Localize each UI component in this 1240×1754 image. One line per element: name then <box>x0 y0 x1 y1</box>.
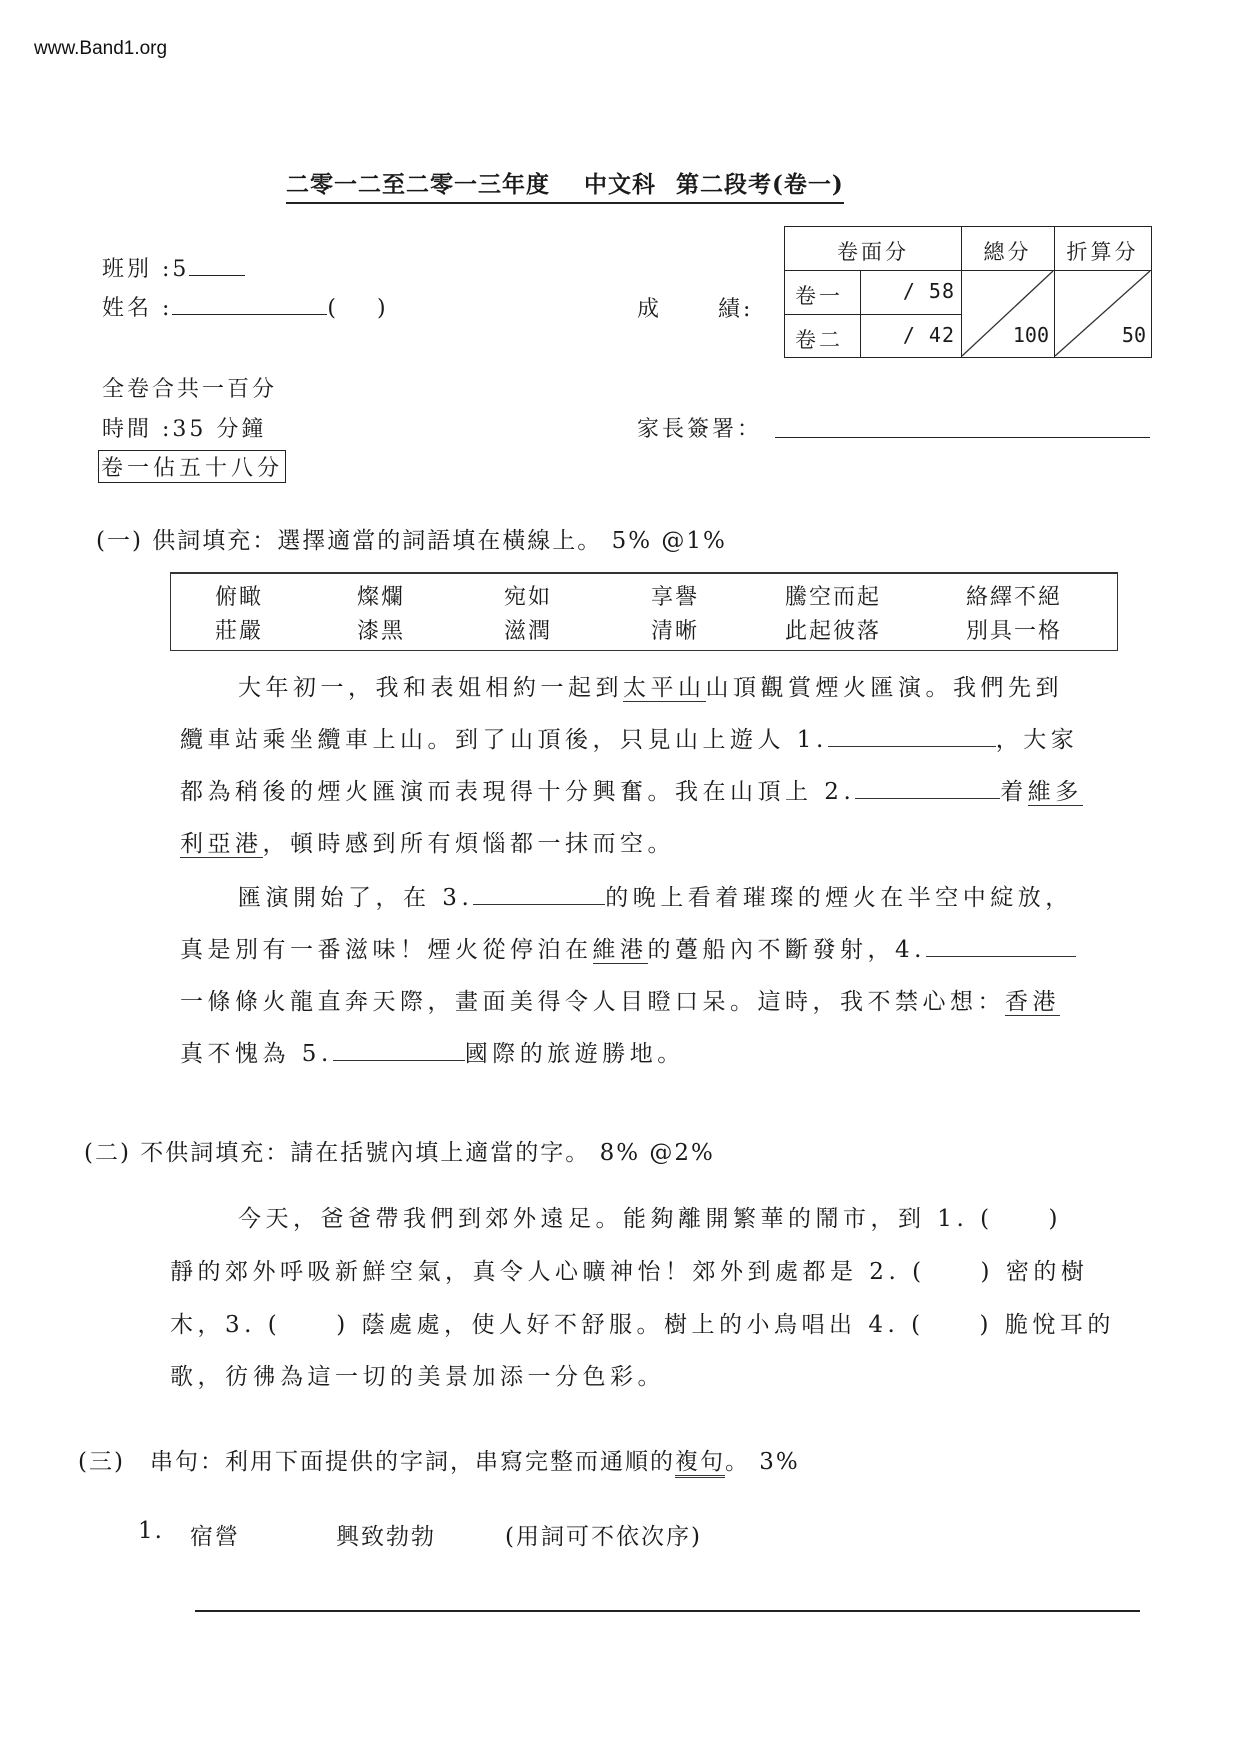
text: 着 <box>1000 779 1028 805</box>
section2-heading: (二) 不供詞填充：請在括號內填上適當的字。 8% @2% <box>84 1134 715 1167</box>
passage2-line1: 匯演開始了，在 3.的晚上看着璀璨的煙火在半空中綻放， <box>238 879 1073 912</box>
class-value: 5 <box>172 257 189 282</box>
class-field[interactable] <box>189 253 245 276</box>
text: ，大家 <box>996 727 1079 753</box>
score-label-b: 績: <box>718 292 753 323</box>
word-bank-item: 此起彼落 <box>785 614 881 645</box>
given-word-2: 興致勃勃 <box>336 1518 436 1551</box>
name-label: 姓名 : <box>102 296 172 321</box>
word-bank-item: 清晰 <box>651 614 699 645</box>
word-bank-item: 漆黑 <box>357 614 405 645</box>
row-paper2-label: 卷二 <box>795 324 843 354</box>
word-bank-item: 滋潤 <box>504 614 552 645</box>
time-value: 35 分鐘 <box>172 417 266 442</box>
item-number: 1. <box>138 1518 164 1544</box>
text: 的躉船內不斷發射，4. <box>648 937 926 963</box>
row-paper2-value[interactable]: / 42 <box>860 323 955 347</box>
time-label: 時間 : <box>102 417 172 442</box>
proper-noun: 維多 <box>1028 779 1083 806</box>
text: 。 3% <box>725 1449 800 1475</box>
converted-score[interactable]: 50 <box>1054 323 1146 347</box>
blank-1[interactable] <box>828 726 996 747</box>
passage2-line2: 真是別有一番滋味！煙火從停泊在維港的躉船內不斷發射，4. <box>180 931 1076 964</box>
word-bank-item: 俯瞰 <box>215 580 263 611</box>
blank-3[interactable] <box>473 884 605 905</box>
word-bank-item: 別具一格 <box>966 614 1062 645</box>
passage2-line4: 真不愧為 5.國際的旅遊勝地。 <box>180 1035 685 1068</box>
title-exam: 第二段考(卷一) <box>676 171 844 198</box>
passage1-line2: 纜車站乘坐纜車上山。到了山頂後，只見山上遊人 1.，大家 <box>180 721 1078 754</box>
blank-4[interactable] <box>926 936 1076 957</box>
text: ，頓時感到所有煩惱都一抹而空。 <box>263 831 676 857</box>
section2-line4: 歌，彷彿為這一切的美景加添一分色彩。 <box>170 1358 665 1391</box>
header-converted: 折算分 <box>1054 236 1151 266</box>
passage2-line3: 一條條火龍直奔天際，畫面美得令人目瞪口呆。這時，我不禁心想：香港 <box>180 983 1060 1016</box>
passage1-line3: 都為稍後的煙火匯演而表現得十分興奮。我在山頂上 2.着維多 <box>180 773 1083 806</box>
text: (三) 串句：利用下面提供的字詞，串寫完整而通順的 <box>78 1449 675 1475</box>
parent-signature-label: 家長簽署： <box>637 412 762 443</box>
name-field[interactable] <box>172 292 327 315</box>
parent-signature-field[interactable] <box>775 437 1150 438</box>
score-label-a: 成 <box>637 292 662 323</box>
section2-line3: 木，3. ( ) 蔭處處，使人好不舒服。樹上的小鳥唱出 4. ( ) 脆悅耳的 <box>170 1306 1115 1339</box>
header-paper-score: 卷面分 <box>785 236 961 266</box>
proper-noun: 利亞港 <box>180 831 263 858</box>
class-row: 班別 :5 <box>102 252 245 283</box>
title-year: 二零一二至二零一三年度 <box>286 171 550 198</box>
text: 真不愧為 5. <box>180 1041 333 1067</box>
text: 大年初一，我和表姐相約一起到 <box>238 675 623 701</box>
order-note: (用詞可不依次序) <box>505 1518 702 1551</box>
paper-weight-box: 卷一佔五十八分 <box>98 450 286 483</box>
text: 纜車站乘坐纜車上山。到了山頂後，只見山上遊人 1. <box>180 727 828 753</box>
given-word-1: 宿營 <box>190 1518 240 1551</box>
page-title: 二零一二至二零一三年度中文科第二段考(卷一) <box>286 166 844 204</box>
text: 山頂觀賞煙火匯演。我們先到 <box>706 675 1064 701</box>
word-bank-item: 享譽 <box>651 580 699 611</box>
proper-noun: 香港 <box>1005 989 1060 1016</box>
proper-noun: 太平山 <box>623 675 706 702</box>
title-subject: 中文科 <box>584 171 656 198</box>
class-number-paren-close: ) <box>377 296 389 321</box>
section2-line1: 今天，爸爸帶我們到郊外遠足。能夠離開繁華的鬧市，到 1. ( ) <box>238 1200 1062 1233</box>
site-watermark: www.Band1.org <box>34 38 167 60</box>
row-paper1-value[interactable]: / 58 <box>860 279 955 303</box>
text: 一條條火龍直奔天際，畫面美得令人目瞪口呆。這時，我不禁心想： <box>180 989 1005 1015</box>
proper-noun: 維港 <box>593 937 648 964</box>
word-bank-item: 莊嚴 <box>215 614 263 645</box>
text: 真是別有一番滋味！煙火從停泊在 <box>180 937 593 963</box>
text: 的晚上看着璀璨的煙火在半空中綻放， <box>605 885 1073 911</box>
class-label: 班別 : <box>102 257 172 282</box>
total-score[interactable]: 100 <box>961 323 1049 347</box>
word-bank-item: 絡繹不絕 <box>966 580 1062 611</box>
answer-line[interactable] <box>195 1610 1140 1612</box>
text: 都為稍後的煙火匯演而表現得十分興奮。我在山頂上 2. <box>180 779 855 805</box>
row-paper1-label: 卷一 <box>795 280 843 310</box>
word-bank-item: 騰空而起 <box>785 580 881 611</box>
class-number-paren-open: ( <box>327 296 339 321</box>
word-bank-item: 燦爛 <box>357 580 405 611</box>
emphasis-term: 複句 <box>675 1449 725 1478</box>
section3-heading: (三) 串句：利用下面提供的字詞，串寫完整而通順的複句。 3% <box>78 1443 800 1476</box>
header-total: 總分 <box>961 236 1054 266</box>
passage1-line1: 大年初一，我和表姐相約一起到太平山山頂觀賞煙火匯演。我們先到 <box>238 669 1063 702</box>
word-bank: 俯瞰 燦爛 宛如 享譽 騰空而起 絡繹不絕 莊嚴 漆黑 滋潤 清晰 此起彼落 別… <box>170 572 1118 651</box>
blank-2[interactable] <box>855 778 1000 799</box>
score-table: 卷面分 總分 折算分 卷一 / 58 卷二 / 42 100 50 <box>784 226 1152 358</box>
section2-line2: 靜的郊外呼吸新鮮空氣，真令人心曠神怡！郊外到處都是 2. ( ) 密的樹 <box>170 1253 1088 1286</box>
time-row: 時間 :35 分鐘 <box>102 412 266 443</box>
passage1-line4: 利亞港，頓時感到所有煩惱都一抹而空。 <box>180 825 675 858</box>
blank-5[interactable] <box>333 1040 465 1061</box>
name-row: 姓名 :() <box>102 291 389 322</box>
text: 國際的旅遊勝地。 <box>465 1041 685 1067</box>
text: 匯演開始了，在 3. <box>238 885 473 911</box>
section1-heading: (一) 供詞填充：選擇適當的詞語填在橫線上。 5% @1% <box>96 522 727 555</box>
total-marks: 全卷合共一百分 <box>102 372 277 403</box>
word-bank-item: 宛如 <box>504 580 552 611</box>
